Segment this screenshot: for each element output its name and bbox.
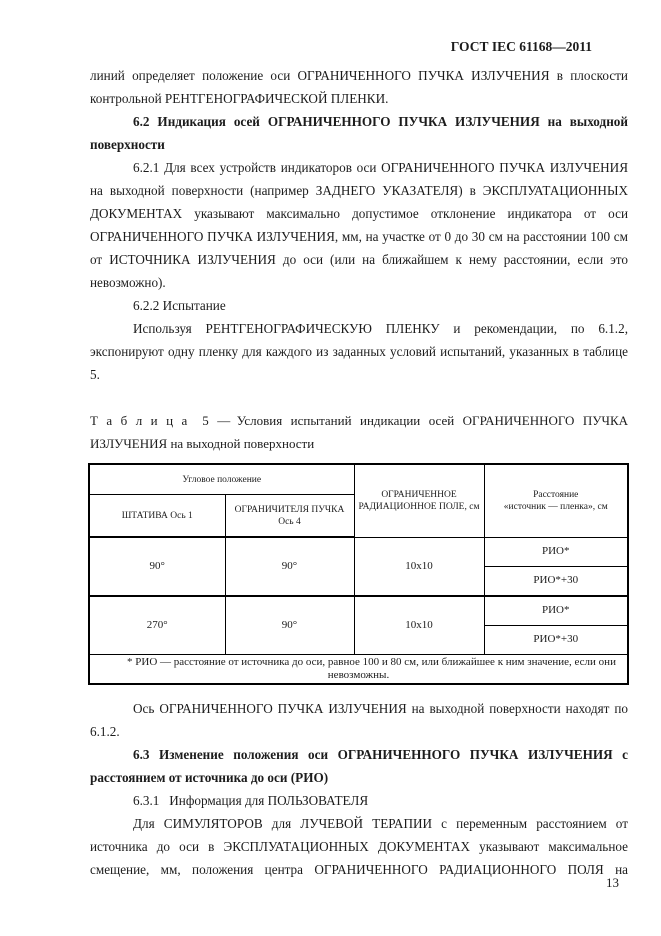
paragraph-continuation: линий определяет положение оси ОГРАНИЧЕН…: [90, 64, 628, 110]
paragraph-6-2-2: Используя РЕНТГЕНОГРАФИЧЕСКУЮ ПЛЕНКУ и р…: [90, 317, 628, 386]
table5-cell-gantry-angle: 90°: [89, 537, 225, 596]
table5-cell-distance: РИО*: [484, 596, 628, 626]
table5-header-bld-axis: ОГРАНИЧИТЕЛЯ ПУЧКА Ось 4: [225, 495, 354, 538]
table5-cell-bld-angle: 90°: [225, 537, 354, 596]
heading-6-3: 6.3 Изменение положения оси ОГРАНИЧЕННОГ…: [90, 743, 628, 789]
table5-caption-label: Т а б л и ц а 5 —: [90, 413, 237, 428]
table5-footnote: * РИО — расстояние от источника до оси, …: [89, 654, 628, 684]
table5-cell-gantry-angle: 270°: [89, 596, 225, 655]
table5-cell-bld-angle: 90°: [225, 596, 354, 655]
table-row: 270° 90° 10x10 РИО*: [89, 596, 628, 626]
table5-header-angular-position: Угловое положение: [89, 464, 354, 495]
table5-header-gantry-axis: ШТАТИВА Ось 1: [89, 495, 225, 538]
paragraph-6-3-1-title: 6.3.1 Информация для ПОЛЬЗОВАТЕЛЯ: [90, 789, 628, 812]
paragraph-6-2-2-title: 6.2.2 Испытание: [90, 294, 628, 317]
table5-header-distance: Расстояние «источник — пленка», см: [484, 464, 628, 537]
table-row: 90° 90° 10x10 РИО*: [89, 537, 628, 566]
table5-header-distance-line2: «источник — пленка», см: [489, 501, 624, 513]
table5-caption: Т а б л и ц а 5 — Условия испытаний инди…: [90, 409, 628, 455]
paragraph-6-2-1: 6.2.1 Для всех устройств индикаторов оси…: [90, 156, 628, 294]
page-number: 13: [606, 875, 619, 891]
table5-header-distance-line1: Расстояние: [489, 489, 624, 501]
paragraph-6-3-1: Для СИМУЛЯТОРОВ для ЛУЧЕВОЙ ТЕРАПИИ с пе…: [90, 812, 628, 881]
heading-6-2: 6.2 Индикация осей ОГРАНИЧЕННОГО ПУЧКА И…: [90, 110, 628, 156]
paragraph-after-table: Ось ОГРАНИЧЕННОГО ПУЧКА ИЗЛУЧЕНИЯ на вых…: [90, 697, 628, 743]
table-5: Угловое положение ОГРАНИЧЕННОЕ РАДИАЦИОН…: [88, 463, 629, 685]
table5-cell-field-size: 10x10: [354, 596, 484, 655]
document-page: ГОСТ IEC 61168—2011 линий определяет пол…: [0, 0, 661, 936]
document-header-title: ГОСТ IEC 61168—2011: [90, 38, 628, 56]
table5-cell-distance: РИО*: [484, 537, 628, 566]
table5-cell-distance: РИО*+30: [484, 625, 628, 654]
table-header-row-1: Угловое положение ОГРАНИЧЕННОЕ РАДИАЦИОН…: [89, 464, 628, 495]
table5-header-radiation-field: ОГРАНИЧЕННОЕ РАДИАЦИОННОЕ ПОЛЕ, см: [354, 464, 484, 537]
table5-cell-field-size: 10x10: [354, 537, 484, 596]
table5-cell-distance: РИО*+30: [484, 566, 628, 596]
table-footnote-row: * РИО — расстояние от источника до оси, …: [89, 654, 628, 684]
